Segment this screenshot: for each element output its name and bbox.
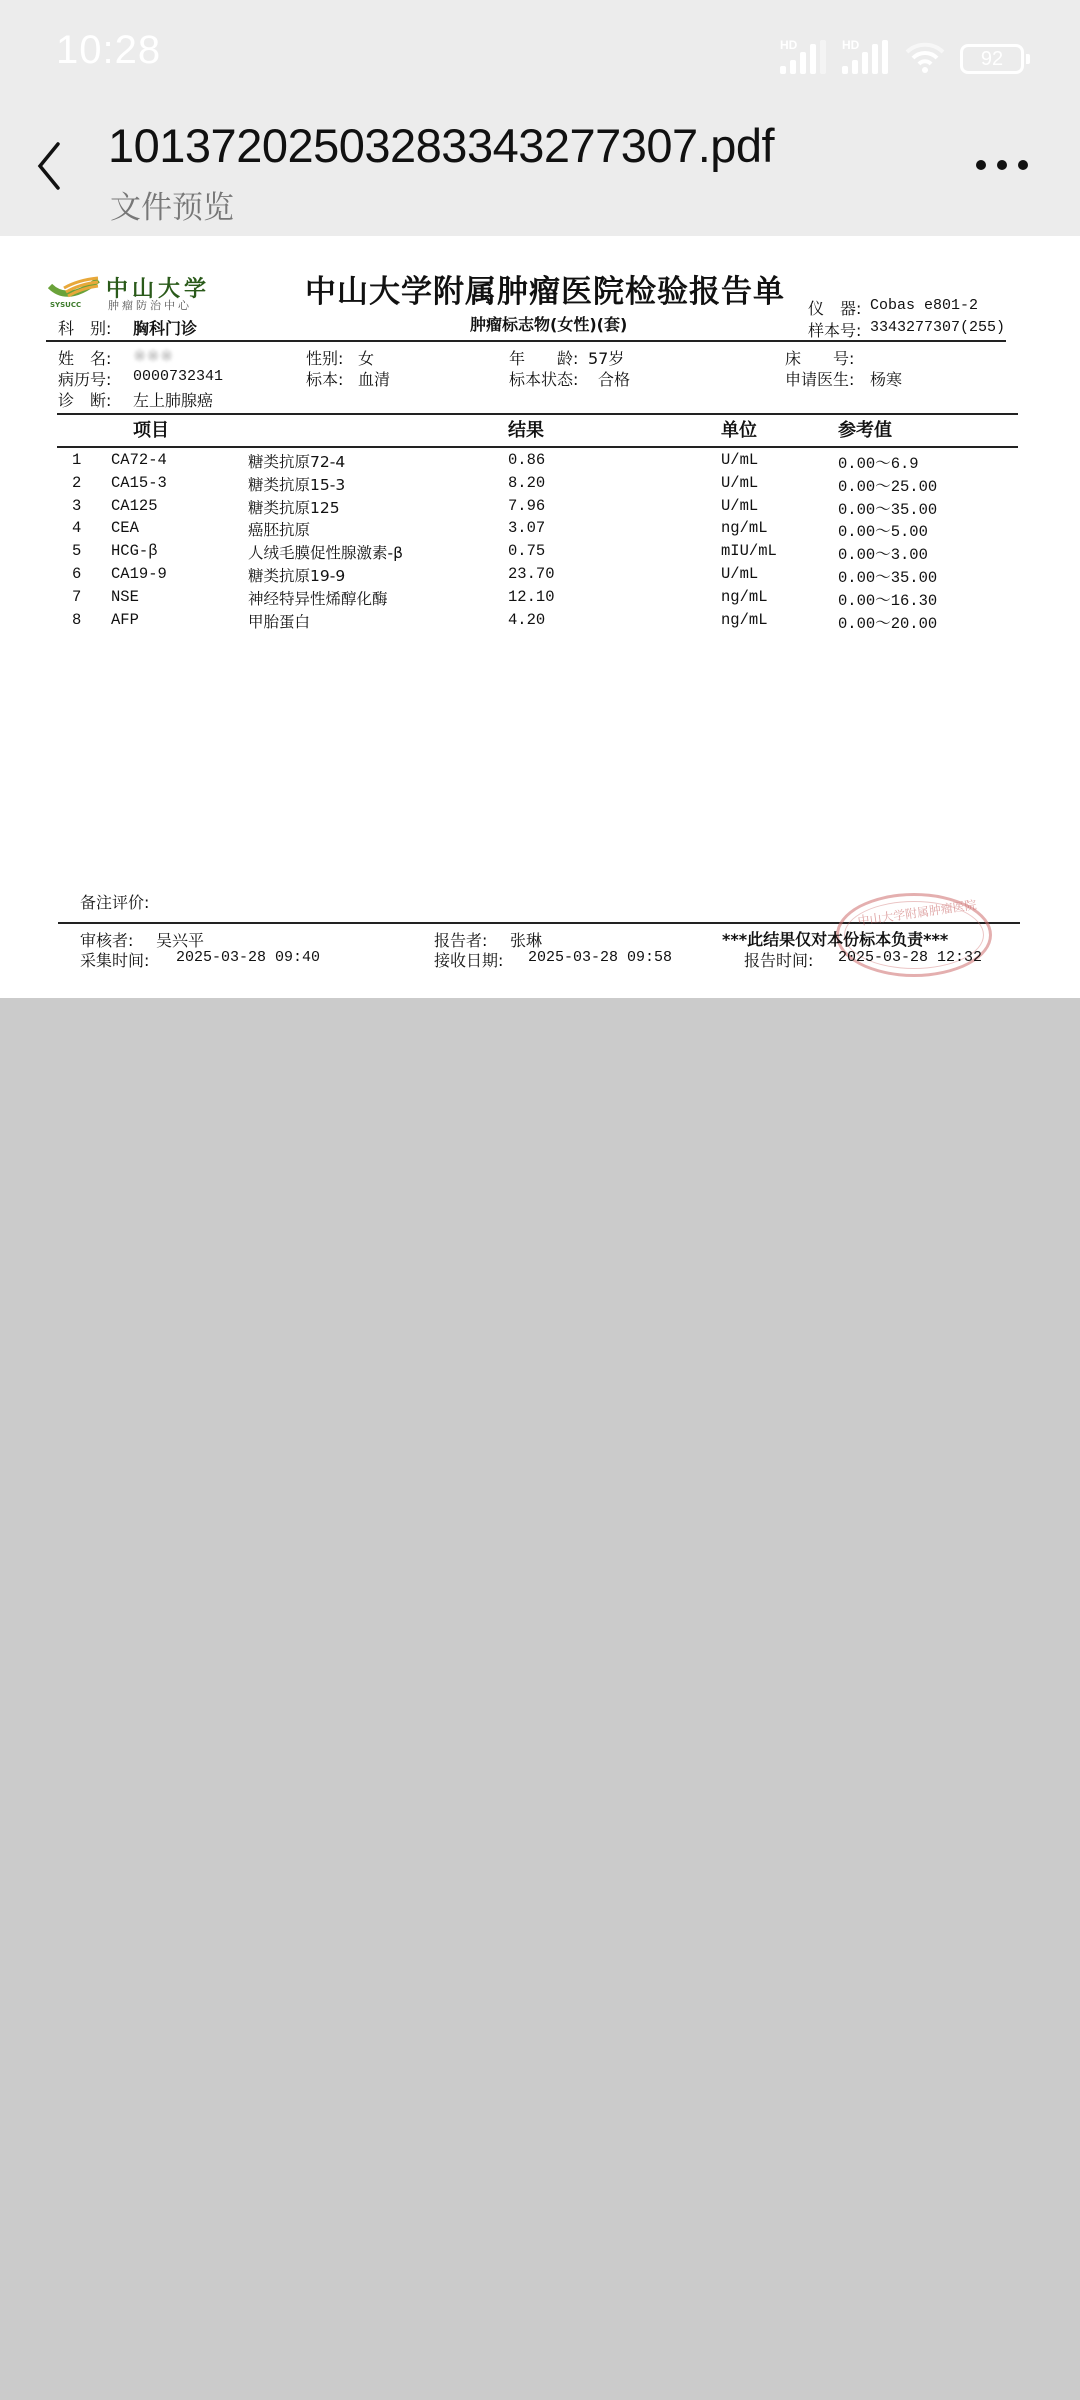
row-result: 0.75 <box>508 542 545 560</box>
status-time: 10:28 <box>56 28 161 73</box>
signal-icon: HD <box>780 40 828 74</box>
divider <box>57 413 1018 415</box>
more-horizontal-icon <box>997 160 1007 170</box>
row-reference: 0.00～35.00 <box>838 565 937 587</box>
row-unit: U/mL <box>721 565 758 583</box>
divider <box>46 340 1006 342</box>
record-label: 病历号: <box>58 367 111 390</box>
receive-date-label: 接收日期: <box>434 948 503 971</box>
row-name: 人绒毛膜促性腺激素-β <box>248 541 403 563</box>
row-code: NSE <box>111 588 139 606</box>
specimen-label: 标本: <box>306 367 343 390</box>
age-value: 57岁 <box>588 346 624 369</box>
col-header-result: 结果 <box>508 416 544 442</box>
divider <box>57 446 1018 448</box>
row-code: CA125 <box>111 497 158 515</box>
age-label: 年 龄: <box>509 346 578 369</box>
specimen-value: 血清 <box>358 367 390 390</box>
row-result: 4.20 <box>508 611 545 629</box>
row-reference: 0.00～16.30 <box>838 588 937 610</box>
status-icons: HD HD 92 <box>780 34 1024 74</box>
disclaimer: ***此结果仅对本份标本负责*** <box>722 927 948 950</box>
row-no: 6 <box>72 565 81 583</box>
row-unit: mIU/mL <box>721 542 777 560</box>
row-result: 3.07 <box>508 519 545 537</box>
row-no: 7 <box>72 588 81 606</box>
row-code: CA19-9 <box>111 565 167 583</box>
panel-name: 肿瘤标志物(女性)(套) <box>470 312 627 335</box>
row-reference: 0.00～35.00 <box>838 497 937 519</box>
row-unit: U/mL <box>721 451 758 469</box>
row-reference: 0.00～20.00 <box>838 611 937 633</box>
row-code: CEA <box>111 519 139 537</box>
row-code: HCG-β <box>111 542 158 560</box>
row-reference: 0.00～25.00 <box>838 474 937 496</box>
report-time-value: 2025-03-28 12:32 <box>838 949 982 966</box>
name-value: ※※※ <box>133 346 173 365</box>
reporter-value: 张琳 <box>510 928 542 951</box>
row-no: 3 <box>72 497 81 515</box>
chevron-left-icon <box>28 136 68 196</box>
file-title: 101372025032833432773‌07.pdf <box>108 118 774 173</box>
diagnosis-value: 左上肺腺癌 <box>133 388 213 411</box>
instrument-value: Cobas e801-2 <box>870 297 978 314</box>
row-unit: U/mL <box>721 474 758 492</box>
more-horizontal-icon <box>1018 160 1028 170</box>
row-code: CA15-3 <box>111 474 167 492</box>
doctor-label: 申请医生: <box>785 367 854 390</box>
diagnosis-label: 诊 断: <box>58 388 111 411</box>
row-unit: ng/mL <box>721 519 768 537</box>
row-name: 糖类抗原19-9 <box>248 564 345 586</box>
department-label: 科 别: <box>58 316 111 339</box>
row-unit: U/mL <box>721 497 758 515</box>
row-name: 甲胎蛋白 <box>248 610 310 632</box>
back-button[interactable] <box>28 136 78 196</box>
row-no: 2 <box>72 474 81 492</box>
row-reference: 0.00～6.9 <box>838 451 919 473</box>
specimen-status-label: 标本状态: <box>509 367 578 390</box>
row-no: 4 <box>72 519 81 537</box>
row-result: 23.70 <box>508 565 555 583</box>
hd-label: HD <box>842 38 859 52</box>
collect-time-label: 采集时间: <box>80 948 149 971</box>
more-horizontal-icon <box>976 160 986 170</box>
doctor-value: 杨寒 <box>870 367 902 390</box>
sex-value: 女 <box>358 346 374 369</box>
pdf-page[interactable]: SYSUCC 中山大学 肿瘤防治中心 中山大学附属肿瘤医院检验报告单 肿瘤标志物… <box>0 236 1080 998</box>
collect-time-value: 2025-03-28 09:40 <box>176 949 320 966</box>
col-header-item: 项目 <box>133 416 169 442</box>
logo-sub: 肿瘤防治中心 <box>108 297 192 313</box>
bed-label: 床 号: <box>785 346 854 369</box>
wifi-icon <box>904 40 946 74</box>
stamp-text: 中山大学附属肿瘤医院 <box>856 896 977 930</box>
battery-level: 92 <box>981 48 1003 71</box>
sample-no-label: 样本号: <box>808 318 861 341</box>
sample-no-value: 3343277307(255) <box>870 319 1005 336</box>
row-no: 8 <box>72 611 81 629</box>
app-header: 10:28 HD HD 92 <box>0 0 1080 236</box>
row-reference: 0.00～5.00 <box>838 519 928 541</box>
row-unit: ng/mL <box>721 588 768 606</box>
department-value: 胸科门诊 <box>133 316 197 339</box>
hospital-logo: SYSUCC 中山大学 肿瘤防治中心 <box>48 272 228 312</box>
remarks-label: 备注评价: <box>80 890 149 913</box>
col-header-unit: 单位 <box>721 416 757 442</box>
report-time-label: 报告时间: <box>744 948 813 971</box>
sex-label: 性别: <box>306 346 343 369</box>
more-options-button[interactable] <box>976 160 1028 174</box>
row-result: 7.96 <box>508 497 545 515</box>
report-title: 中山大学附属肿瘤医院检验报告单 <box>305 266 785 311</box>
row-name: 神经特异性烯醇化酶 <box>248 587 388 609</box>
row-no: 1 <box>72 451 81 469</box>
battery-icon: 92 <box>960 44 1024 74</box>
col-header-reference: 参考值 <box>838 416 892 442</box>
row-code: CA72-4 <box>111 451 167 469</box>
row-unit: ng/mL <box>721 611 768 629</box>
specimen-status-value: 合格 <box>598 367 630 390</box>
row-result: 8.20 <box>508 474 545 492</box>
row-code: AFP <box>111 611 139 629</box>
row-name: 糖类抗原15-3 <box>248 473 345 495</box>
viewer-background <box>0 998 1080 2400</box>
signal-icon: HD <box>842 40 890 74</box>
row-name: 癌胚抗原 <box>248 518 310 540</box>
row-name: 糖类抗原72-4 <box>248 450 345 472</box>
hd-label: HD <box>780 38 797 52</box>
row-reference: 0.00～3.00 <box>838 542 928 564</box>
row-result: 12.10 <box>508 588 555 606</box>
logo-en: SYSUCC <box>50 301 81 309</box>
row-name: 糖类抗原125 <box>248 496 340 518</box>
record-value: 0000732341 <box>133 368 223 385</box>
row-result: 0.86 <box>508 451 545 469</box>
reviewer-value: 吴兴平 <box>156 928 204 951</box>
receive-date-value: 2025-03-28 09:58 <box>528 949 672 966</box>
row-no: 5 <box>72 542 81 560</box>
instrument-label: 仪 器: <box>808 296 861 319</box>
file-subtitle: 文件预览 <box>110 182 234 227</box>
name-label: 姓 名: <box>58 346 111 369</box>
